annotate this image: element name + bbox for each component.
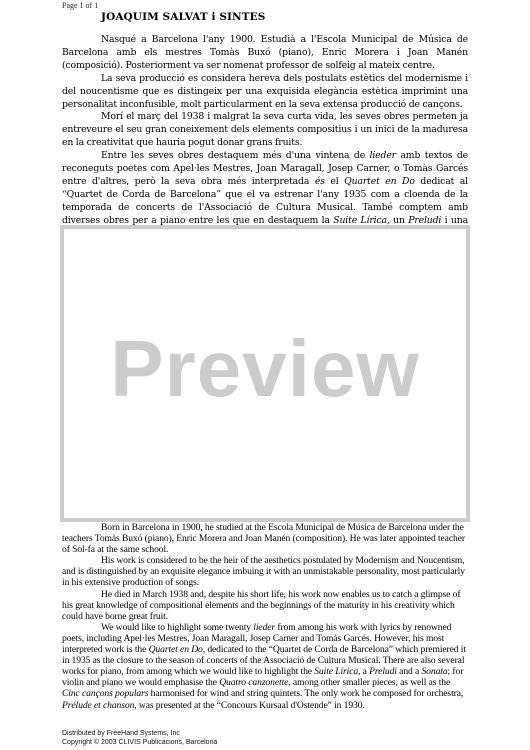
italic-text: Suite Lírica: [314, 666, 358, 677]
text-run: , was presented at the “Concours Kursaal…: [134, 700, 364, 711]
text-run: Entre les seves obres destaquem més d'un…: [101, 150, 370, 161]
english-paragraph: We would like to highlight some twenty l…: [62, 622, 468, 711]
italic-text: Preludi: [369, 666, 397, 677]
text-run: harmonised for wind and string quintets.…: [148, 688, 463, 699]
catalan-paragraph: La seva producció es considera hereva de…: [62, 73, 468, 112]
catalan-paragraph: Morí el març del 1938 i malgrat la seva …: [62, 111, 468, 150]
text-run: La seva producció es considera hereva de…: [62, 73, 468, 110]
italic-text: lieder: [370, 150, 396, 161]
text-run: , among other smaller pieces, as well as…: [288, 677, 450, 688]
text-run: and a: [397, 666, 422, 677]
italic-text: Sonata: [421, 666, 447, 677]
text-run: el: [325, 176, 344, 187]
text-run: His work is considered to be the heir of…: [62, 555, 465, 588]
english-paragraph: Born in Barcelona in 1900, he studied at…: [62, 522, 468, 555]
italic-text: Quatro canzonette: [219, 677, 288, 688]
footer: Distributed by FreeHand Systems, Inc Cop…: [62, 729, 217, 747]
text-run: Born in Barcelona in 1900, he studied at…: [62, 522, 465, 555]
copyright-line: Copyright © 2003 CLIVIS Publicacions, Ba…: [62, 738, 217, 747]
italic-text: lieder: [253, 622, 275, 633]
italic-text: Cinc cançons populars: [62, 688, 148, 699]
text-run: Nasqué a Barcelona l'any 1900. Estudià a…: [62, 34, 468, 71]
italic-text: Quartet en Do: [344, 176, 415, 187]
text-run: , a: [358, 666, 369, 677]
text-run: We would like to highlight some twenty: [101, 622, 253, 633]
english-paragraph: He died in March 1938 and, despite his s…: [62, 589, 468, 622]
catalan-biography: Nasqué a Barcelona l'any 1900. Estudià a…: [62, 34, 468, 253]
document-title: JOAQUIM SALVAT i SINTES: [101, 11, 265, 23]
italic-text: Prélude et chanson: [62, 700, 134, 711]
page-number-label: Page 1 of 1: [62, 1, 98, 10]
preview-watermark-text: Preview: [110, 323, 419, 415]
catalan-paragraph: Nasqué a Barcelona l'any 1900. Estudià a…: [62, 34, 468, 73]
english-paragraph: His work is considered to be the heir of…: [62, 555, 468, 588]
italic-text: Quartet en Do: [149, 644, 203, 655]
distributor-line: Distributed by FreeHand Systems, Inc: [62, 729, 217, 738]
english-biography: Born in Barcelona in 1900, he studied at…: [62, 522, 468, 711]
text-run: He died in March 1938 and, despite his s…: [62, 589, 460, 622]
text-run: Morí el març del 1938 i malgrat la seva …: [62, 111, 468, 148]
preview-watermark-overlay: Preview: [60, 225, 470, 522]
italic-text: és: [315, 176, 325, 187]
